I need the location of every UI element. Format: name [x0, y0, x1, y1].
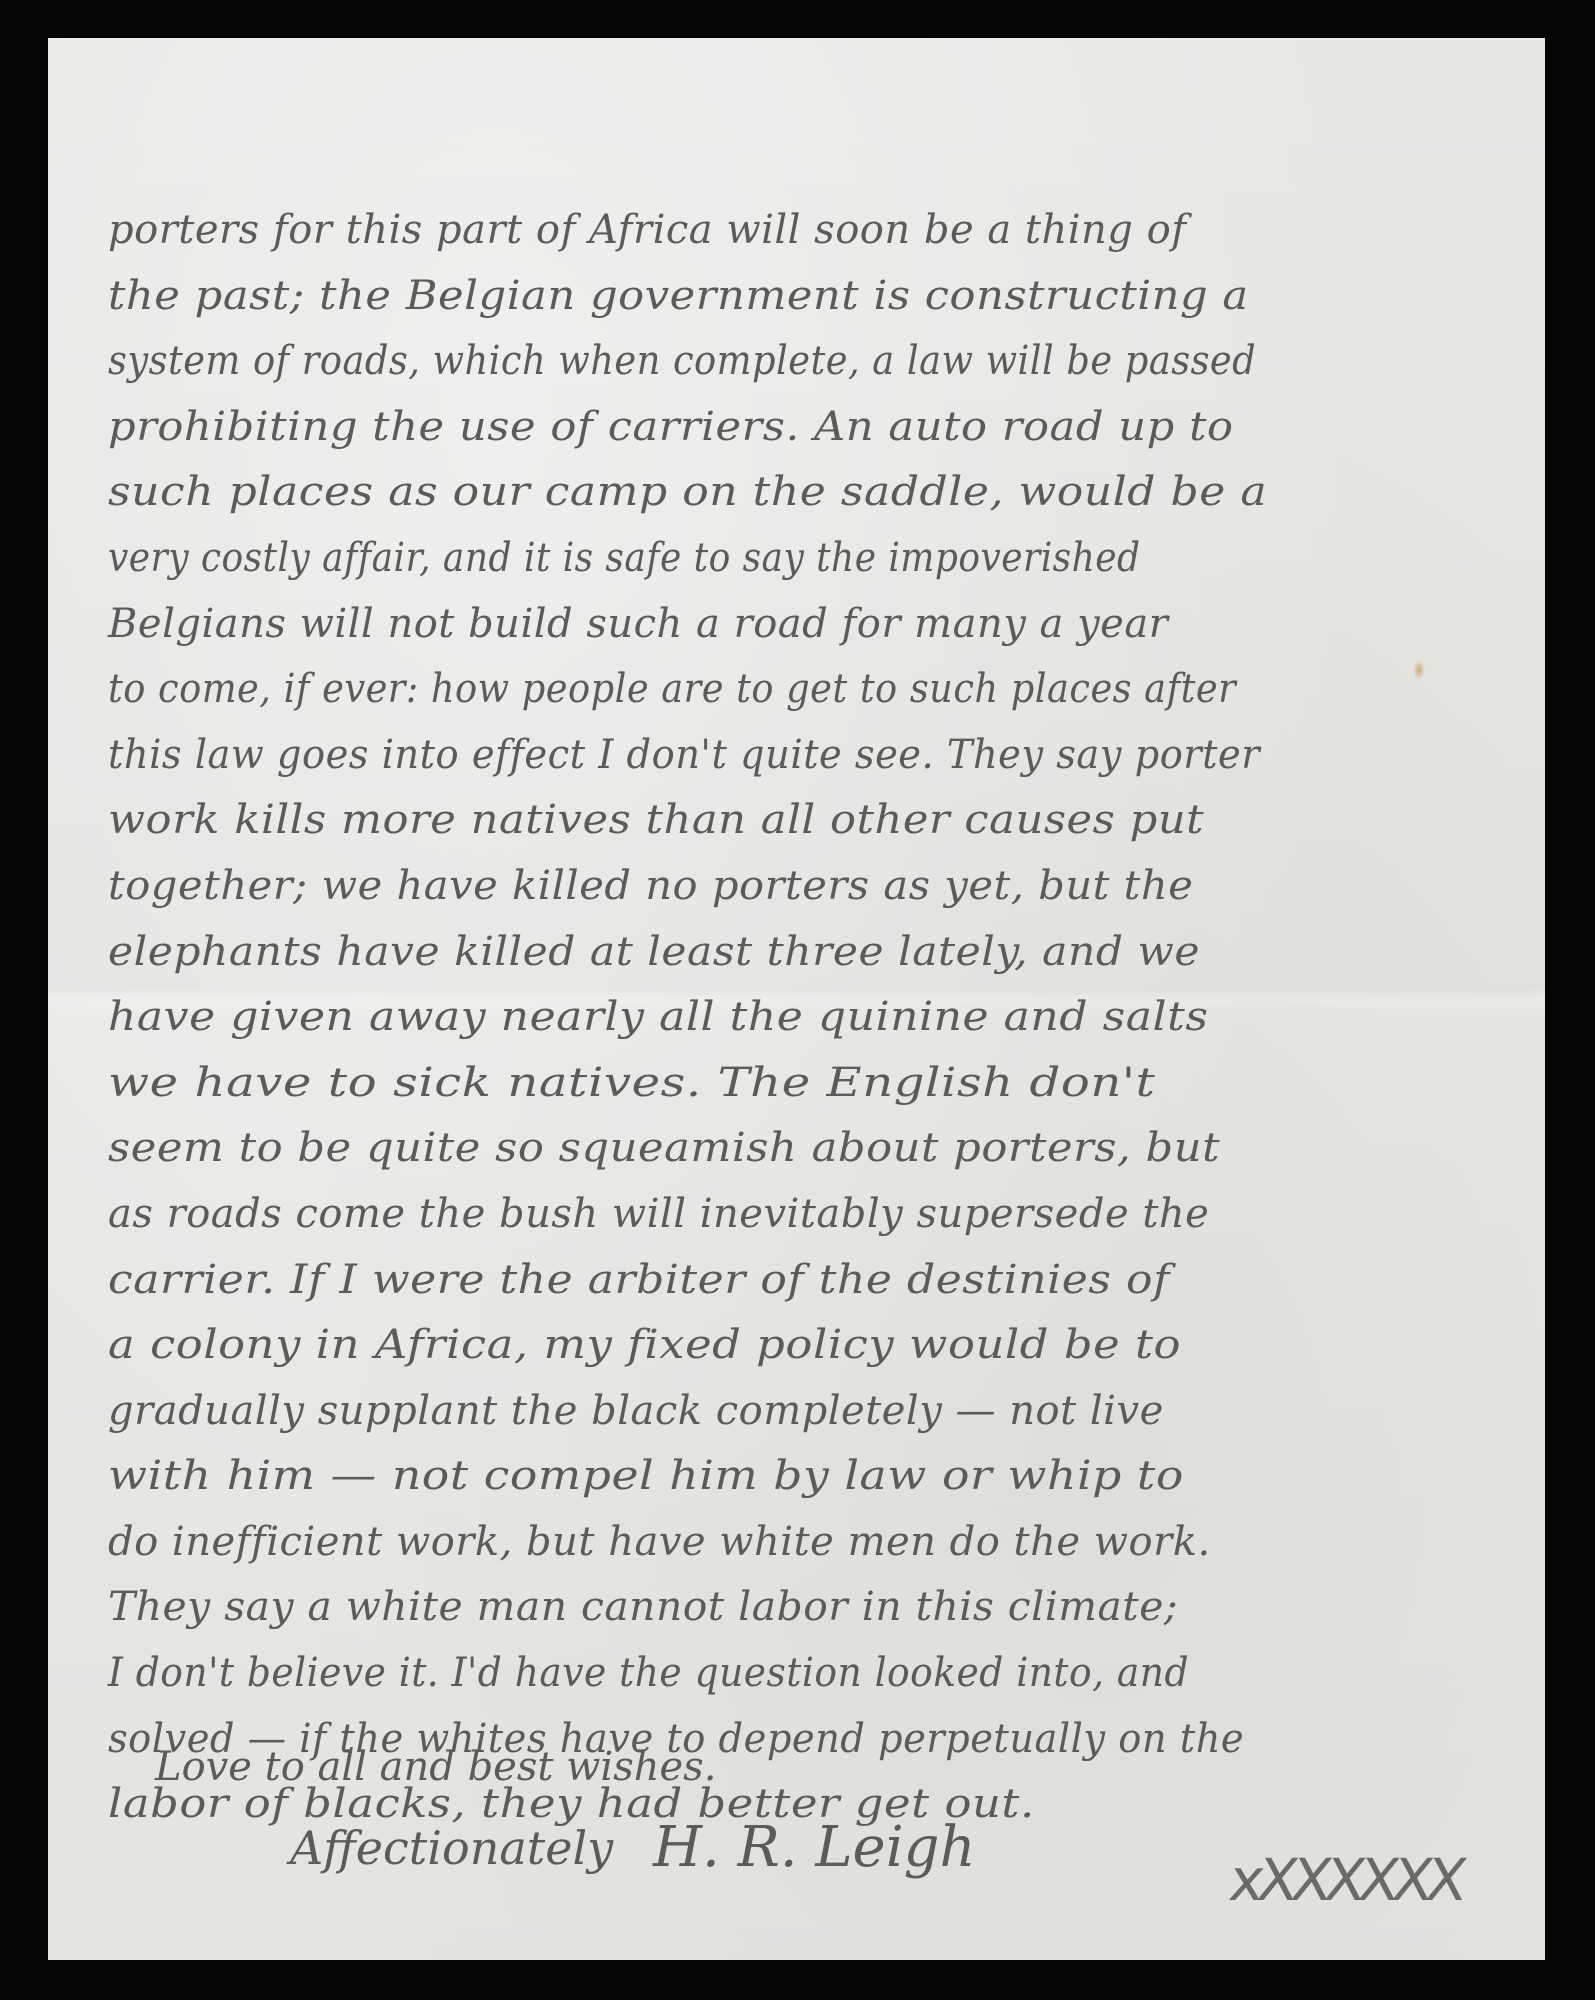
letter-line: seem to be quite so squeamish about port…: [108, 1116, 1595, 1182]
letter-line: do inefficient work, but have white men …: [108, 1510, 1528, 1576]
letter-line: porters for this part of Africa will soo…: [108, 198, 1528, 264]
letter-line: such places as our camp on the saddle, w…: [108, 460, 1595, 526]
letter-line: elephants have killed at least three lat…: [108, 920, 1595, 986]
letter-line: carrier. If I were the arbiter of the de…: [108, 1248, 1595, 1314]
letter-line: as roads come the bush will inevitably s…: [108, 1182, 1528, 1248]
letter-line: gradually supplant the black completely …: [108, 1379, 1528, 1445]
letter-line: They say a white man cannot labor in thi…: [108, 1575, 1556, 1641]
letter-line: a colony in Africa, my fixed policy woul…: [108, 1313, 1595, 1379]
sign-off: Affectionately: [290, 1808, 613, 1888]
letter-line: very costly affair, and it is safe to sa…: [108, 526, 1386, 592]
letter-line: together; we have killed no porters as y…: [108, 854, 1585, 920]
letter-line: we have to sick natives. The English don…: [108, 1051, 1595, 1117]
letter-line: with him — not compel him by law or whip…: [108, 1444, 1595, 1510]
letter-line: work kills more natives than all other c…: [108, 788, 1595, 854]
kisses-marks: xXXXXXX: [1225, 1845, 1466, 1915]
letter-line: have given away nearly all the quinine a…: [108, 985, 1595, 1051]
closing-greeting: Love to all and best wishes.: [155, 1735, 1535, 1799]
letter-line: prohibiting the use of carriers. An auto…: [108, 395, 1595, 461]
letter-line: to come, if ever: how people are to get …: [108, 657, 1414, 723]
signature-block: Affectionately H. R. Leigh: [290, 1808, 976, 1888]
letter-line: this law goes into effect I don't quite …: [108, 723, 1471, 789]
letter-line: Belgians will not build such a road for …: [108, 592, 1528, 658]
letter-line: system of roads, which when complete, a …: [108, 329, 1414, 395]
letter-line: I don't believe it. I'd have the questio…: [108, 1641, 1443, 1707]
signature-name: H. R. Leigh: [653, 1808, 975, 1888]
letter-closing: Love to all and best wishes.: [155, 1735, 1535, 1799]
letter-line: the past; the Belgian government is cons…: [108, 264, 1595, 330]
letter-body: porters for this part of Africa will soo…: [108, 198, 1528, 1838]
